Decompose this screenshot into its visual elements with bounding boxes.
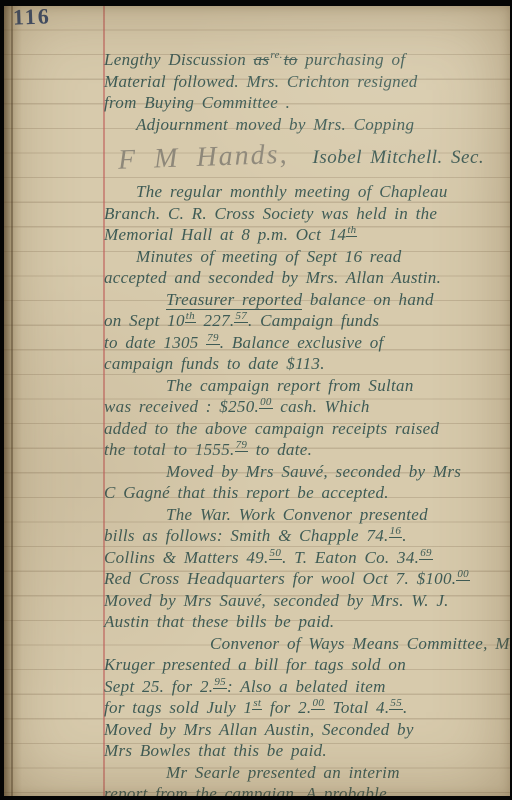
handwriting-line: Convenor of Ways Means Committee, Mrs — [104, 633, 508, 655]
handwritten-minutes: Lengthy Discussion asre.to purchasing of… — [104, 49, 508, 796]
handwriting-line: The campaign report from Sultan — [104, 375, 508, 397]
ledger-page: 116 Lengthy Discussion asre.to purchasin… — [4, 6, 510, 796]
signature-row: F M Hands,Isobel Mitchell. Sec. — [104, 135, 508, 181]
handwriting-line: Austin that these bills be paid. — [104, 611, 508, 633]
handwriting-line: Moved by Mrs Allan Austin, Seconded by — [104, 719, 508, 741]
handwriting-line: to date 1305 79. Balance exclusive of — [104, 332, 508, 354]
handwriting-line: on Sept 10th 227.57. Campaign funds — [104, 310, 508, 332]
handwriting-line: Sept 25. for 2.95: Also a belated item — [104, 676, 508, 698]
handwriting-line: Mr Searle presented an interim — [104, 762, 508, 784]
signature-secretary: Isobel Mitchell. Sec. — [313, 147, 485, 169]
handwriting-line: The War. Work Convenor presented — [104, 504, 508, 526]
book-binding-edge — [4, 6, 22, 796]
handwriting-line: Red Cross Headquarters for wool Oct 7. $… — [104, 568, 508, 590]
handwriting-line: The regular monthly meeting of Chapleau — [104, 181, 508, 203]
handwriting-line: from Buying Committee . — [104, 92, 508, 114]
handwriting-line: Mrs Bowles that this be paid. — [104, 740, 508, 762]
handwriting-line: Kruger presented a bill for tags sold on — [104, 654, 508, 676]
handwriting-line: Moved by Mrs Sauvé, seconded by Mrs — [104, 461, 508, 483]
handwriting-line: for tags sold July 1st for 2.00 Total 4.… — [104, 697, 508, 719]
handwriting-line: the total to 1555.79 to date. — [104, 439, 508, 461]
handwriting-line: was received : $250.00 cash. Which — [104, 396, 508, 418]
handwriting-line: Minutes of meeting of Sept 16 read — [104, 246, 508, 268]
handwriting-line: accepted and seconded by Mrs. Allan Aust… — [104, 267, 508, 289]
handwriting-line: Memorial Hall at 8 p.m. Oct 14th — [104, 224, 508, 246]
handwriting-line: Material followed. Mrs. Crichton resigne… — [104, 71, 508, 93]
handwriting-line: report from the campaign. A probable — [104, 783, 508, 796]
ledger-photo: 116 Lengthy Discussion asre.to purchasin… — [0, 0, 512, 800]
signature-president: F M Hands, — [103, 139, 289, 177]
handwriting-line: C Gagné that this report be accepted. — [104, 482, 508, 504]
handwriting-line: campaign funds to date $113. — [104, 353, 508, 375]
page-number: 116 — [13, 6, 52, 31]
handwriting-line: Moved by Mrs Sauvé, seconded by Mrs. W. … — [104, 590, 508, 612]
handwriting-line: Treasurer reported balance on hand — [104, 289, 508, 311]
handwriting-line: Collins & Matters 49.50. T. Eaton Co. 34… — [104, 547, 508, 569]
handwriting-line: added to the above campaign receipts rai… — [104, 418, 508, 440]
handwriting-line: Adjournment moved by Mrs. Copping — [104, 114, 508, 136]
handwriting-line: Branch. C. R. Cross Society was held in … — [104, 203, 508, 225]
handwriting-line: Lengthy Discussion asre.to purchasing of — [104, 49, 508, 71]
binding-crease — [11, 6, 13, 796]
handwriting-line: bills as follows: Smith & Chapple 74.16. — [104, 525, 508, 547]
